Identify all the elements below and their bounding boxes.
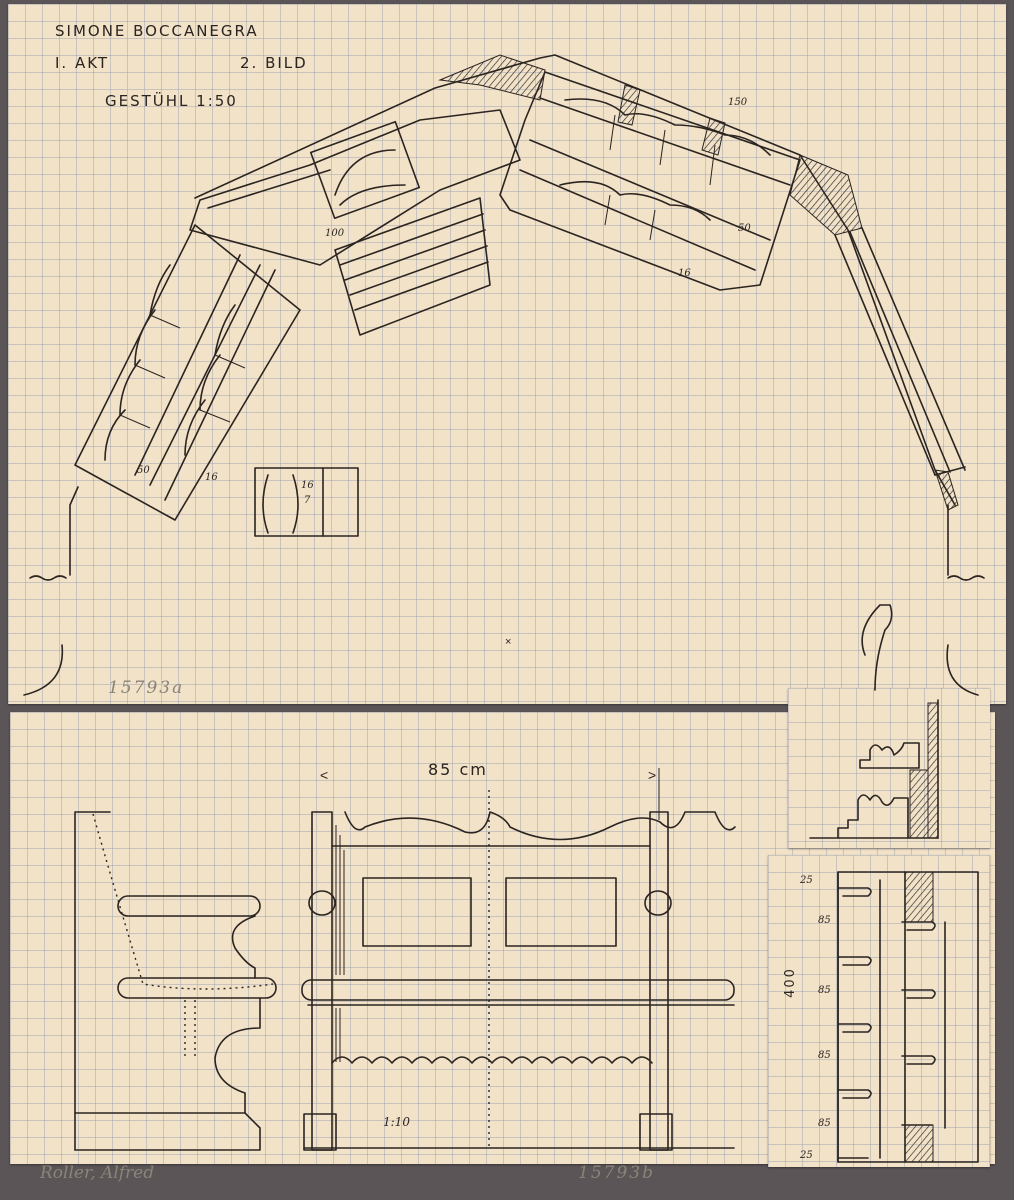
segment-label: 85 (818, 1118, 831, 1129)
side-elevation (75, 812, 276, 1150)
segment-label: 85 (818, 1050, 831, 1061)
dimension-label: 16 (301, 480, 314, 491)
drawing-lines: < > (0, 0, 1014, 1200)
width-dimension: 85 cm (428, 760, 488, 779)
dimension-label: 16 (205, 472, 218, 483)
dimension-label: 50 (137, 465, 150, 476)
scene-label: 2. BILD (240, 54, 308, 72)
dimension-label: 16 (678, 268, 691, 279)
segment-label: 85 (818, 915, 831, 926)
dimension-label: 150 (728, 97, 747, 108)
segment-label: 25 (800, 875, 813, 886)
inventory-number-a: 15793a (108, 678, 184, 698)
subject-label: GESTÜHL 1:50 (105, 92, 238, 110)
segment-label: 25 (800, 1150, 813, 1161)
act-label: I. AKT (55, 54, 109, 72)
segment-label: 85 (818, 985, 831, 996)
front-elevation: < > (302, 767, 735, 1150)
dimension-label: 100 (325, 228, 344, 239)
svg-text:>: > (648, 767, 656, 783)
scale-label: 1:10 (383, 1115, 410, 1129)
bench-top-detail (838, 872, 978, 1162)
plan-drawing (24, 55, 984, 695)
opera-title: SIMONE BOCCANEGRA (55, 22, 259, 40)
profile-detail (810, 700, 938, 838)
center-mark: × (505, 636, 511, 648)
signature: Roller, Alfred (40, 1163, 154, 1183)
dimension-label: 7 (304, 495, 310, 506)
total-length-label: 400 (783, 967, 798, 998)
svg-text:<: < (320, 767, 328, 783)
inventory-number-b: 15793b (578, 1163, 655, 1183)
dimension-label: 50 (738, 223, 751, 234)
